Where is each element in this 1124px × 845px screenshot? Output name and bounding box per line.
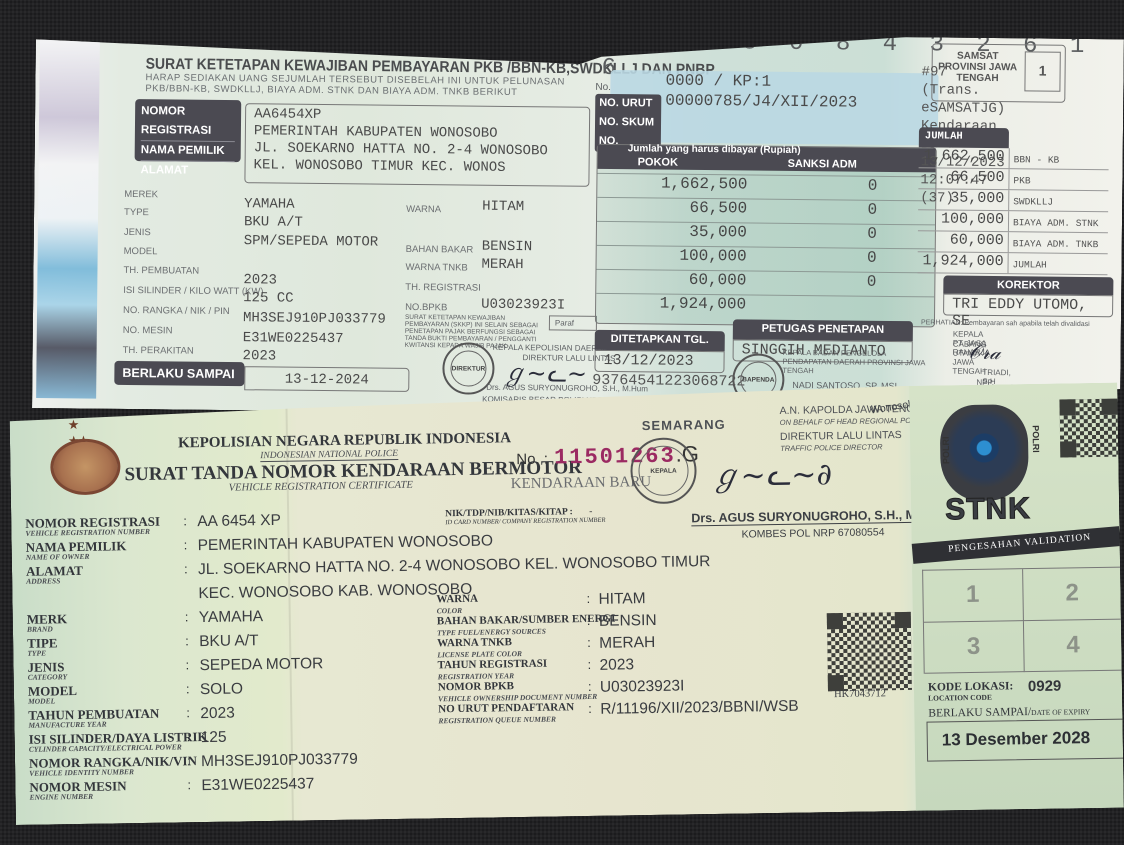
label-no-urut: NO. URUT	[599, 94, 657, 114]
value-merek: YAMAHA	[244, 196, 295, 213]
validation-cell-2: 2	[1023, 568, 1123, 621]
ditetapkan-value: 13/12/2023	[594, 350, 724, 373]
field-value: BENSIN	[599, 612, 657, 631]
paraf-box: Paraf	[549, 315, 597, 331]
field-value: MERAH	[599, 634, 655, 653]
field-value: E31WE0225437	[201, 775, 314, 795]
field-colon: :	[187, 777, 191, 792]
label-nomor-registrasi: NOMOR REGISTRASI	[141, 102, 235, 142]
value-isi-silinder: 125 CC	[243, 290, 294, 307]
jumlah-table: JUMLAH 1,662,500BBN - KB66,500PKB35,000S…	[917, 127, 1109, 275]
ditetapkan-label: DITETAPKAN TGL.	[595, 330, 725, 351]
signatory-rank: KOMBES POL NRP 67080554	[741, 526, 884, 540]
field-label: NOMOR BPKB	[438, 680, 514, 693]
jumlah-item: BIAYA ADM. TNKB	[1008, 232, 1108, 253]
field-value: SEPEDA MOTOR	[199, 655, 323, 675]
berlaku-value: 13 Desember 2028	[926, 719, 1124, 762]
value-th-perakitan: 2023	[242, 348, 276, 364]
lembar-number: 1	[1024, 51, 1060, 91]
polri-text-right: POLRI	[1031, 425, 1041, 453]
jumlah-item: JUMLAH	[1007, 253, 1107, 274]
petugas-label: PETUGAS PENETAPAN	[733, 319, 913, 341]
skkp-subtitle: HARAP SEDIAKAN UANG SEJUMLAH TERSEBUT DI…	[145, 72, 615, 99]
nik-value: -	[589, 507, 592, 517]
field-label: TAHUN REGISTRASI	[437, 658, 547, 672]
field-colon: :	[186, 681, 190, 696]
jumlah-item: BIAYA ADM. STNK	[1008, 211, 1108, 232]
label-jenis: JENIS	[124, 227, 151, 238]
jumlah-item: PKB	[1008, 169, 1108, 190]
value-no-skum: 00000785/J4/XII/2023	[665, 91, 857, 113]
field-value: BKU A/T	[199, 632, 259, 651]
field-colon: :	[587, 657, 591, 672]
value-no-mesin: E31WE0225437	[243, 330, 344, 347]
field-label-en: TYPE	[27, 649, 46, 658]
validation-cell-3: 3	[924, 621, 1024, 674]
field-colon: :	[586, 591, 590, 606]
jumlah-value: 66,500	[918, 168, 1008, 189]
berlaku-sampai-label: BERLAKU SAMPAI	[114, 361, 244, 386]
field-value: 125	[201, 729, 227, 747]
payment-table-header: Jumlah yang harus dibayar (Rupiah) POKOK…	[598, 145, 936, 173]
transaction-number: 93764541223068722	[592, 372, 745, 391]
pokok-value: 60,000	[636, 270, 746, 289]
field-value: 2023	[200, 705, 235, 724]
label-no-mesin: NO. MESIN	[123, 325, 173, 337]
field-colon: :	[587, 635, 591, 650]
kepala-stamp: KEPALA	[630, 437, 697, 504]
pokok-value: 35,000	[637, 222, 747, 241]
jumlah-row: 1,662,500BBN - KB	[919, 147, 1109, 170]
field-value: MH3SEJ910PJ033779	[201, 751, 358, 771]
field-colon: :	[588, 701, 592, 716]
value-no-bpkb: U03023923I	[481, 297, 565, 314]
field-label-en: CYLINDER CAPACITY/ELECTRICAL POWER	[29, 742, 182, 753]
value-no-urut: 0000 / KP:1	[665, 71, 857, 93]
pokok-value: 1,924,000	[636, 294, 746, 313]
label-warna-tnkb: WARNA TNKB	[405, 262, 467, 274]
sanksi-header: SANKSI ADM	[788, 158, 857, 171]
field-label-en: VEHICLE REGISTRATION NUMBER	[25, 527, 150, 538]
jumlah-row: 100,000BIAYA ADM. STNK	[918, 210, 1108, 233]
polri-text-left: POLRI	[941, 437, 951, 465]
payment-row: 1,924,000	[596, 293, 934, 317]
field-label: NO URUT PENDAFTARAN	[438, 701, 574, 715]
field-label: WARNA	[436, 593, 478, 606]
field-colon: :	[187, 753, 191, 768]
berlaku-label-en: DATE OF EXPIRY	[1031, 707, 1090, 717]
field-label-en: BRAND	[27, 624, 53, 633]
label-no-bpkb: NO.BPKB	[405, 302, 447, 313]
field-value: R/11196/XII/2023/BBNI/WSB	[600, 698, 799, 719]
label-type: TYPE	[124, 207, 149, 218]
field-colon: :	[184, 537, 188, 552]
polri-emblem-icon	[50, 438, 121, 495]
pokok-value: 66,500	[637, 198, 747, 217]
value-warna-tnkb: MERAH	[481, 257, 523, 273]
sanksi-value: 0	[837, 224, 877, 242]
field-label-en: NAME OF OWNER	[26, 552, 90, 562]
field-colon: :	[587, 613, 591, 628]
field-label-en: COLOR	[437, 606, 463, 615]
jumlah-value: 100,000	[918, 210, 1008, 231]
qr-code-id: HK7043712	[834, 688, 886, 700]
skkp-tax-receipt: SURAT KETETAPAN KEWAJIBAN PEMBAYARAN PKB…	[32, 28, 1124, 419]
stnk-title-en: VEHICLE REGISTRATION CERTIFICATE	[229, 480, 413, 494]
kode-lokasi-label: KODE LOKASI: LOCATION CODE	[928, 680, 1014, 702]
jumlah-row: 1,924,000JUMLAH	[917, 252, 1107, 275]
field-colon: :	[185, 633, 189, 648]
jumlah-value: 35,000	[918, 189, 1008, 210]
jumlah-row: 60,000BIAYA ADM. TNKB	[918, 231, 1108, 254]
label-no-skum: NO. SKUM	[599, 113, 657, 133]
polri-shield-hologram-icon	[940, 404, 1029, 501]
pokok-header: POKOK	[638, 156, 678, 168]
police-title-1: KEPALA KEPOLISIAN DAERAH	[493, 343, 609, 353]
value-warna: HITAM	[482, 199, 524, 215]
value-type: BKU A/T	[244, 214, 303, 231]
value-model: SPM/SEPEDA MOTOR	[244, 233, 379, 250]
label-th-registrasi: TH. REGISTRASI	[405, 282, 481, 294]
label-no-rangka: NO. RANGKA / NIK / PIN	[123, 305, 230, 317]
number-values: 0000 / KP:1 00000785/J4/XII/2023	[665, 71, 857, 113]
field-colon: :	[187, 729, 191, 744]
label-model: MODEL	[124, 246, 158, 257]
stnk-logo: STNK	[945, 492, 1031, 527]
korektor-label: KOREKTOR	[943, 276, 1113, 296]
field-value: AA 6454 XP	[197, 512, 281, 531]
payment-header: Jumlah yang harus dibayar (Rupiah)	[628, 143, 801, 156]
field-value: YAMAHA	[199, 608, 264, 627]
pokok-value: 100,000	[637, 246, 747, 265]
no-label: No.	[595, 82, 611, 93]
jasa-raharja-signature: 𝒪𝓇𝒶	[969, 340, 1001, 364]
payment-row: 1,662,5000	[597, 173, 935, 197]
label-bahan-bakar: BAHAN BAKAR	[406, 244, 474, 256]
stnk-side-panel: POLRI POLRI STNK PENGESAHAN VALIDATION 1…	[909, 383, 1124, 811]
field-value: KEC. WONOSOBO KAB. WONOSOBO	[198, 581, 472, 603]
korektor-value: TRI EDDY UTOMO, SE	[943, 294, 1113, 318]
berlaku-sampai-value: 13-12-2024	[244, 366, 409, 392]
berlaku-label: BERLAKU SAMPAI/DATE OF EXPIRY	[928, 705, 1090, 720]
berlaku-label-text: BERLAKU SAMPAI/	[928, 706, 1031, 720]
label-th-perakitan: TH. PERAKITAN	[123, 345, 194, 357]
field-value: PEMERINTAH KABUPATEN WONOSOBO	[198, 532, 494, 555]
validation-grid: 1 2 3 4	[922, 567, 1124, 674]
owner-value-box: AA6454XP PEMERINTAH KABUPATEN WONOSOBO J…	[244, 103, 590, 187]
value-alamat-2: KEL. WONOSOBO TIMUR KEC. WONOS	[253, 157, 580, 177]
jumlah-row: 35,000SWDKLLJ	[918, 189, 1108, 212]
field-colon: :	[184, 561, 188, 576]
trans-line-1: #97 (Trans. eSAMSATJG)	[921, 63, 1006, 118]
field-colon: :	[186, 705, 190, 720]
field-label-en: MANUFACTURE YEAR	[28, 720, 106, 730]
owner-label-box: NOMOR REGISTRASI NAMA PEMILIK ALAMAT	[135, 99, 242, 162]
jumlah-item: BBN - KB	[1009, 148, 1109, 169]
kode-lokasi-en: LOCATION CODE	[928, 692, 1013, 702]
stnk-certificate: ★★★ KEPOLISIAN NEGARA REPUBLIK INDONESIA…	[9, 383, 1124, 825]
pokok-value: 1,662,500	[637, 174, 747, 193]
payment-table: Jumlah yang harus dibayar (Rupiah) POKOK…	[595, 144, 937, 328]
kode-lokasi-value: 0929	[1028, 678, 1062, 696]
label-merek: MEREK	[124, 189, 158, 200]
jumlah-item: SWDKLLJ	[1008, 190, 1108, 211]
jumlah-header: JUMLAH	[919, 127, 1009, 148]
payment-row: 66,5000	[597, 197, 935, 221]
label-nama-pemilik: NAMA PEMILIK	[141, 141, 235, 162]
field-colon: :	[183, 513, 187, 528]
field-label: WARNA TNKB	[437, 636, 512, 649]
hologram-foil-strip	[36, 38, 100, 399]
label-th-pembuatan: TH. PEMBUATAN	[123, 265, 199, 277]
validation-cell-4: 4	[1023, 619, 1123, 672]
label-warna: WARNA	[406, 204, 441, 215]
field-colon: :	[185, 657, 189, 672]
field-value: 2023	[599, 656, 634, 675]
value-bahan-bakar: BENSIN	[482, 239, 533, 256]
qr-code-small-icon	[1059, 399, 1118, 458]
field-value: SOLO	[200, 680, 243, 699]
value-th-pembuatan: 2023	[243, 272, 277, 288]
field-label-en: MODEL	[28, 696, 55, 705]
field-colon: :	[588, 679, 592, 694]
field-label-en: REGISTRATION QUEUE NUMBER	[438, 715, 556, 726]
sanksi-value: 0	[837, 200, 877, 218]
qr-code-icon	[827, 612, 912, 691]
city-label: SEMARANG	[642, 417, 726, 433]
jumlah-value: 1,662,500	[919, 147, 1009, 168]
jumlah-row: 66,500PKB	[918, 168, 1108, 191]
payment-row: 35,0000	[597, 221, 935, 245]
validation-bar: PENGESAHAN VALIDATION	[912, 526, 1121, 564]
field-label-en: ADDRESS	[26, 576, 60, 586]
kode-lokasi-text: KODE LOKASI:	[928, 680, 1013, 693]
jumlah-value: 1,924,000	[917, 252, 1007, 273]
field-value: HITAM	[598, 590, 645, 609]
signatory-block: A.N. KAPOLDA JAWA TENGAH ON BEHALF OF HE…	[780, 404, 930, 454]
jumlah-value: 60,000	[918, 231, 1008, 252]
sanksi-value: 0	[836, 272, 876, 290]
field-label-en: CATEGORY	[28, 672, 68, 682]
field-label-en: ENGINE NUMBER	[29, 792, 93, 802]
sanksi-value: 0	[837, 248, 877, 266]
payment-row: 100,0000	[597, 245, 935, 269]
value-no-rangka: MH3SEJ910PJ033779	[243, 310, 386, 327]
sanksi-value: 0	[837, 176, 877, 194]
validation-cell-1: 1	[923, 569, 1023, 622]
field-colon: :	[185, 609, 189, 624]
label-alamat: ALAMAT	[140, 161, 234, 181]
field-label-en: VEHICLE IDENTITY NUMBER	[29, 767, 134, 778]
bapenda-title: KEPALA BADAN PENGELOLA PENDAPATAN DAERAH…	[782, 348, 932, 377]
signatory-line-2-en: TRAFFIC POLICE DIRECTOR	[780, 441, 930, 454]
payment-row: 60,0000	[596, 269, 934, 293]
stnk-number-label: No. :	[516, 451, 548, 468]
field-value: U03023923I	[600, 677, 685, 696]
director-signature: ℊ~ᓚ~∂	[710, 449, 832, 495]
signatory-line-1-en: ON BEHALF OF HEAD REGIONAL POLICE	[780, 415, 930, 428]
